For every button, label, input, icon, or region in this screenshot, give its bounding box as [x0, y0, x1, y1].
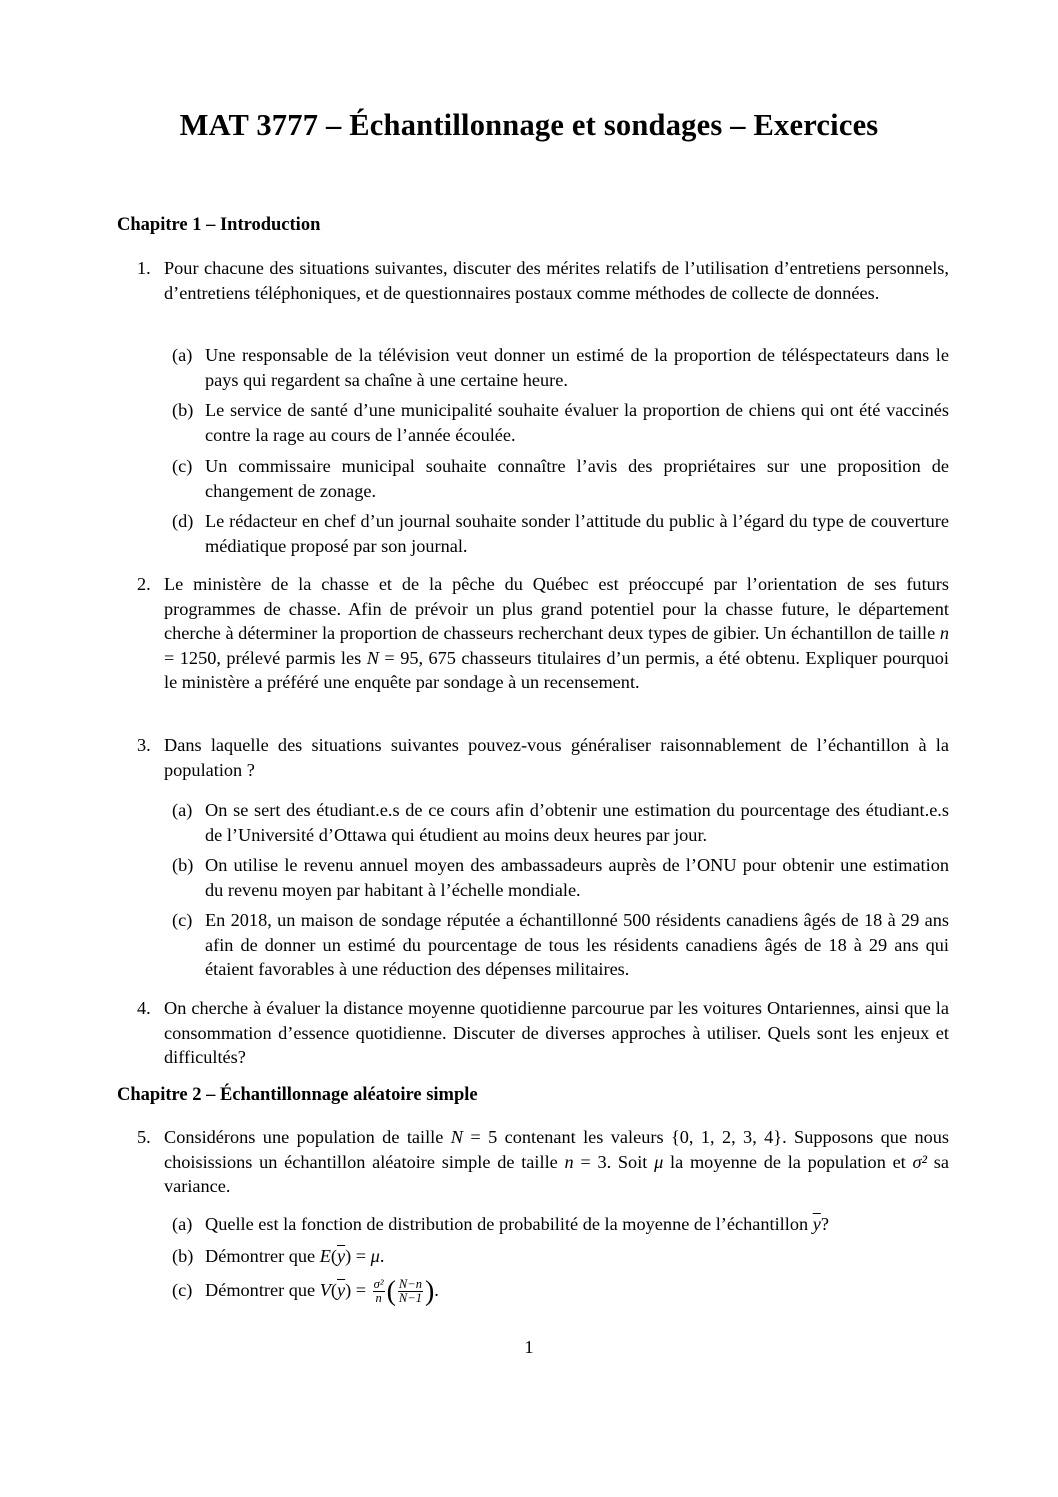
part-text: Un commissaire municipal souhaite connaî… — [205, 454, 949, 503]
part-text: Quelle est la fonction de distribution d… — [205, 1212, 949, 1237]
exercise-3-part-b: (b) On utilise le revenu annuel moyen de… — [172, 853, 949, 902]
math-fraction-finite-population: N−nN−1 — [398, 1278, 423, 1305]
exercise-text: Considérons une population de taille N =… — [164, 1125, 949, 1199]
part-text: On utilise le revenu annuel moyen des am… — [205, 853, 949, 902]
exercise-1-part-d: (d) Le rédacteur en chef d’un journal so… — [172, 509, 949, 558]
part-label: (b) — [172, 398, 193, 423]
exercise-text: On cherche à évaluer la distance moyenne… — [164, 996, 949, 1070]
exercise-1-part-c: (c) Un commissaire municipal souhaite co… — [172, 454, 949, 503]
text-segment: , prélevé parmis les — [216, 648, 366, 668]
fraction-denominator: N−1 — [398, 1292, 423, 1305]
exercise-1-part-b: (b) Le service de santé d’une municipali… — [172, 398, 949, 447]
exercise-number: 4. — [137, 996, 151, 1021]
text-segment: Considérons une population de taille — [164, 1127, 451, 1147]
math-paren: ) = — [345, 1246, 371, 1266]
math-y-bar: y — [813, 1214, 821, 1234]
part-label: (c) — [172, 908, 192, 933]
exercise-number: 1. — [137, 256, 151, 281]
text-segment: Démontrer que — [205, 1280, 320, 1300]
exercise-1: 1. Pour chacune des situations suivantes… — [137, 256, 949, 305]
chapter-heading: Chapitre 2 – Échantillonnage aléatoire s… — [117, 1085, 478, 1106]
exercise-3-part-a: (a) On se sert des étudiant.e.s de ce co… — [172, 798, 949, 847]
fraction-numerator: N−n — [398, 1278, 423, 1292]
exercise-5-part-a: (a) Quelle est la fonction de distributi… — [172, 1212, 949, 1237]
math-paren: ( — [387, 1276, 396, 1307]
part-text: Démontrer que E(y) = μ. — [205, 1244, 949, 1269]
exercise-text: Le ministère de la chasse et de la pêche… — [164, 572, 949, 695]
exercise-5: 5. Considérons une population de taille … — [137, 1125, 949, 1199]
math-value: = 95, 675 — [379, 648, 456, 668]
chapter-heading: Chapitre 1 – Introduction — [117, 215, 320, 236]
part-text: On se sert des étudiant.e.s de ce cours … — [205, 798, 949, 847]
part-label: (b) — [172, 1244, 193, 1269]
text-segment: ? — [821, 1214, 829, 1234]
document-title: MAT 3777 – Échantillonnage et sondages –… — [0, 108, 1058, 143]
text-segment: la moyenne de la population et — [663, 1152, 912, 1172]
exercise-2: 2. Le ministère de la chasse et de la pê… — [137, 572, 949, 695]
part-text: Le rédacteur en chef d’un journal souhai… — [205, 509, 949, 558]
fraction-numerator: σ² — [373, 1278, 385, 1292]
math-E: E — [320, 1246, 331, 1266]
text-segment: . — [380, 1246, 385, 1266]
exercise-5-part-b: (b) Démontrer que E(y) = μ. — [172, 1244, 949, 1269]
exercise-text: Pour chacune des situations suivantes, d… — [164, 256, 949, 305]
math-y-bar: y — [337, 1280, 345, 1300]
math-N: N — [451, 1127, 463, 1147]
exercise-1-part-a: (a) Une responsable de la télévision veu… — [172, 343, 949, 392]
exercise-4: 4. On cherche à évaluer la distance moye… — [137, 996, 949, 1070]
text-segment: Démontrer que — [205, 1246, 320, 1266]
exercise-3: 3. Dans laquelle des situations suivante… — [137, 733, 949, 782]
part-label: (a) — [172, 343, 192, 368]
text-segment: . — [434, 1280, 439, 1300]
math-n: n — [940, 623, 949, 643]
exercise-number: 5. — [137, 1125, 151, 1150]
math-sigma-squared: σ² — [913, 1152, 928, 1172]
math-paren: ) — [425, 1276, 434, 1307]
page-number: 1 — [0, 1337, 1058, 1358]
part-text: En 2018, un maison de sondage réputée a … — [205, 908, 949, 982]
math-mu: μ — [654, 1152, 663, 1172]
exercise-3-part-c: (c) En 2018, un maison de sondage réputé… — [172, 908, 949, 982]
exercise-5-part-c: (c) Démontrer que V(y) = σ²n(N−nN−1). — [172, 1278, 949, 1305]
text-segment: Quelle est la fonction de distribution d… — [205, 1214, 813, 1234]
part-label: (d) — [172, 509, 193, 534]
exercise-number: 3. — [137, 733, 151, 758]
exercise-number: 2. — [137, 572, 151, 597]
part-label: (b) — [172, 853, 193, 878]
part-text: Une responsable de la télévision veut do… — [205, 343, 949, 392]
math-fraction-sigma-over-n: σ²n — [373, 1278, 385, 1305]
text-segment: Le ministère de la chasse et de la pêche… — [164, 574, 949, 643]
exercise-text: Dans laquelle des situations suivantes p… — [164, 733, 949, 782]
part-label: (a) — [172, 798, 192, 823]
math-paren: ) = — [345, 1280, 371, 1300]
part-text: Démontrer que V(y) = σ²n(N−nN−1). — [205, 1278, 949, 1305]
math-y-bar: y — [337, 1246, 345, 1266]
text-segment: = 3. Soit — [574, 1152, 654, 1172]
math-V: V — [320, 1280, 331, 1300]
math-mu: μ — [371, 1246, 380, 1266]
document-page: MAT 3777 – Échantillonnage et sondages –… — [0, 0, 1058, 1497]
math-value: = 1250 — [164, 648, 216, 668]
part-text: Le service de santé d’une municipalité s… — [205, 398, 949, 447]
part-label: (c) — [172, 1278, 192, 1303]
math-N: N — [367, 648, 379, 668]
fraction-denominator: n — [373, 1292, 385, 1305]
math-n: n — [565, 1152, 574, 1172]
part-label: (a) — [172, 1212, 192, 1237]
part-label: (c) — [172, 454, 192, 479]
